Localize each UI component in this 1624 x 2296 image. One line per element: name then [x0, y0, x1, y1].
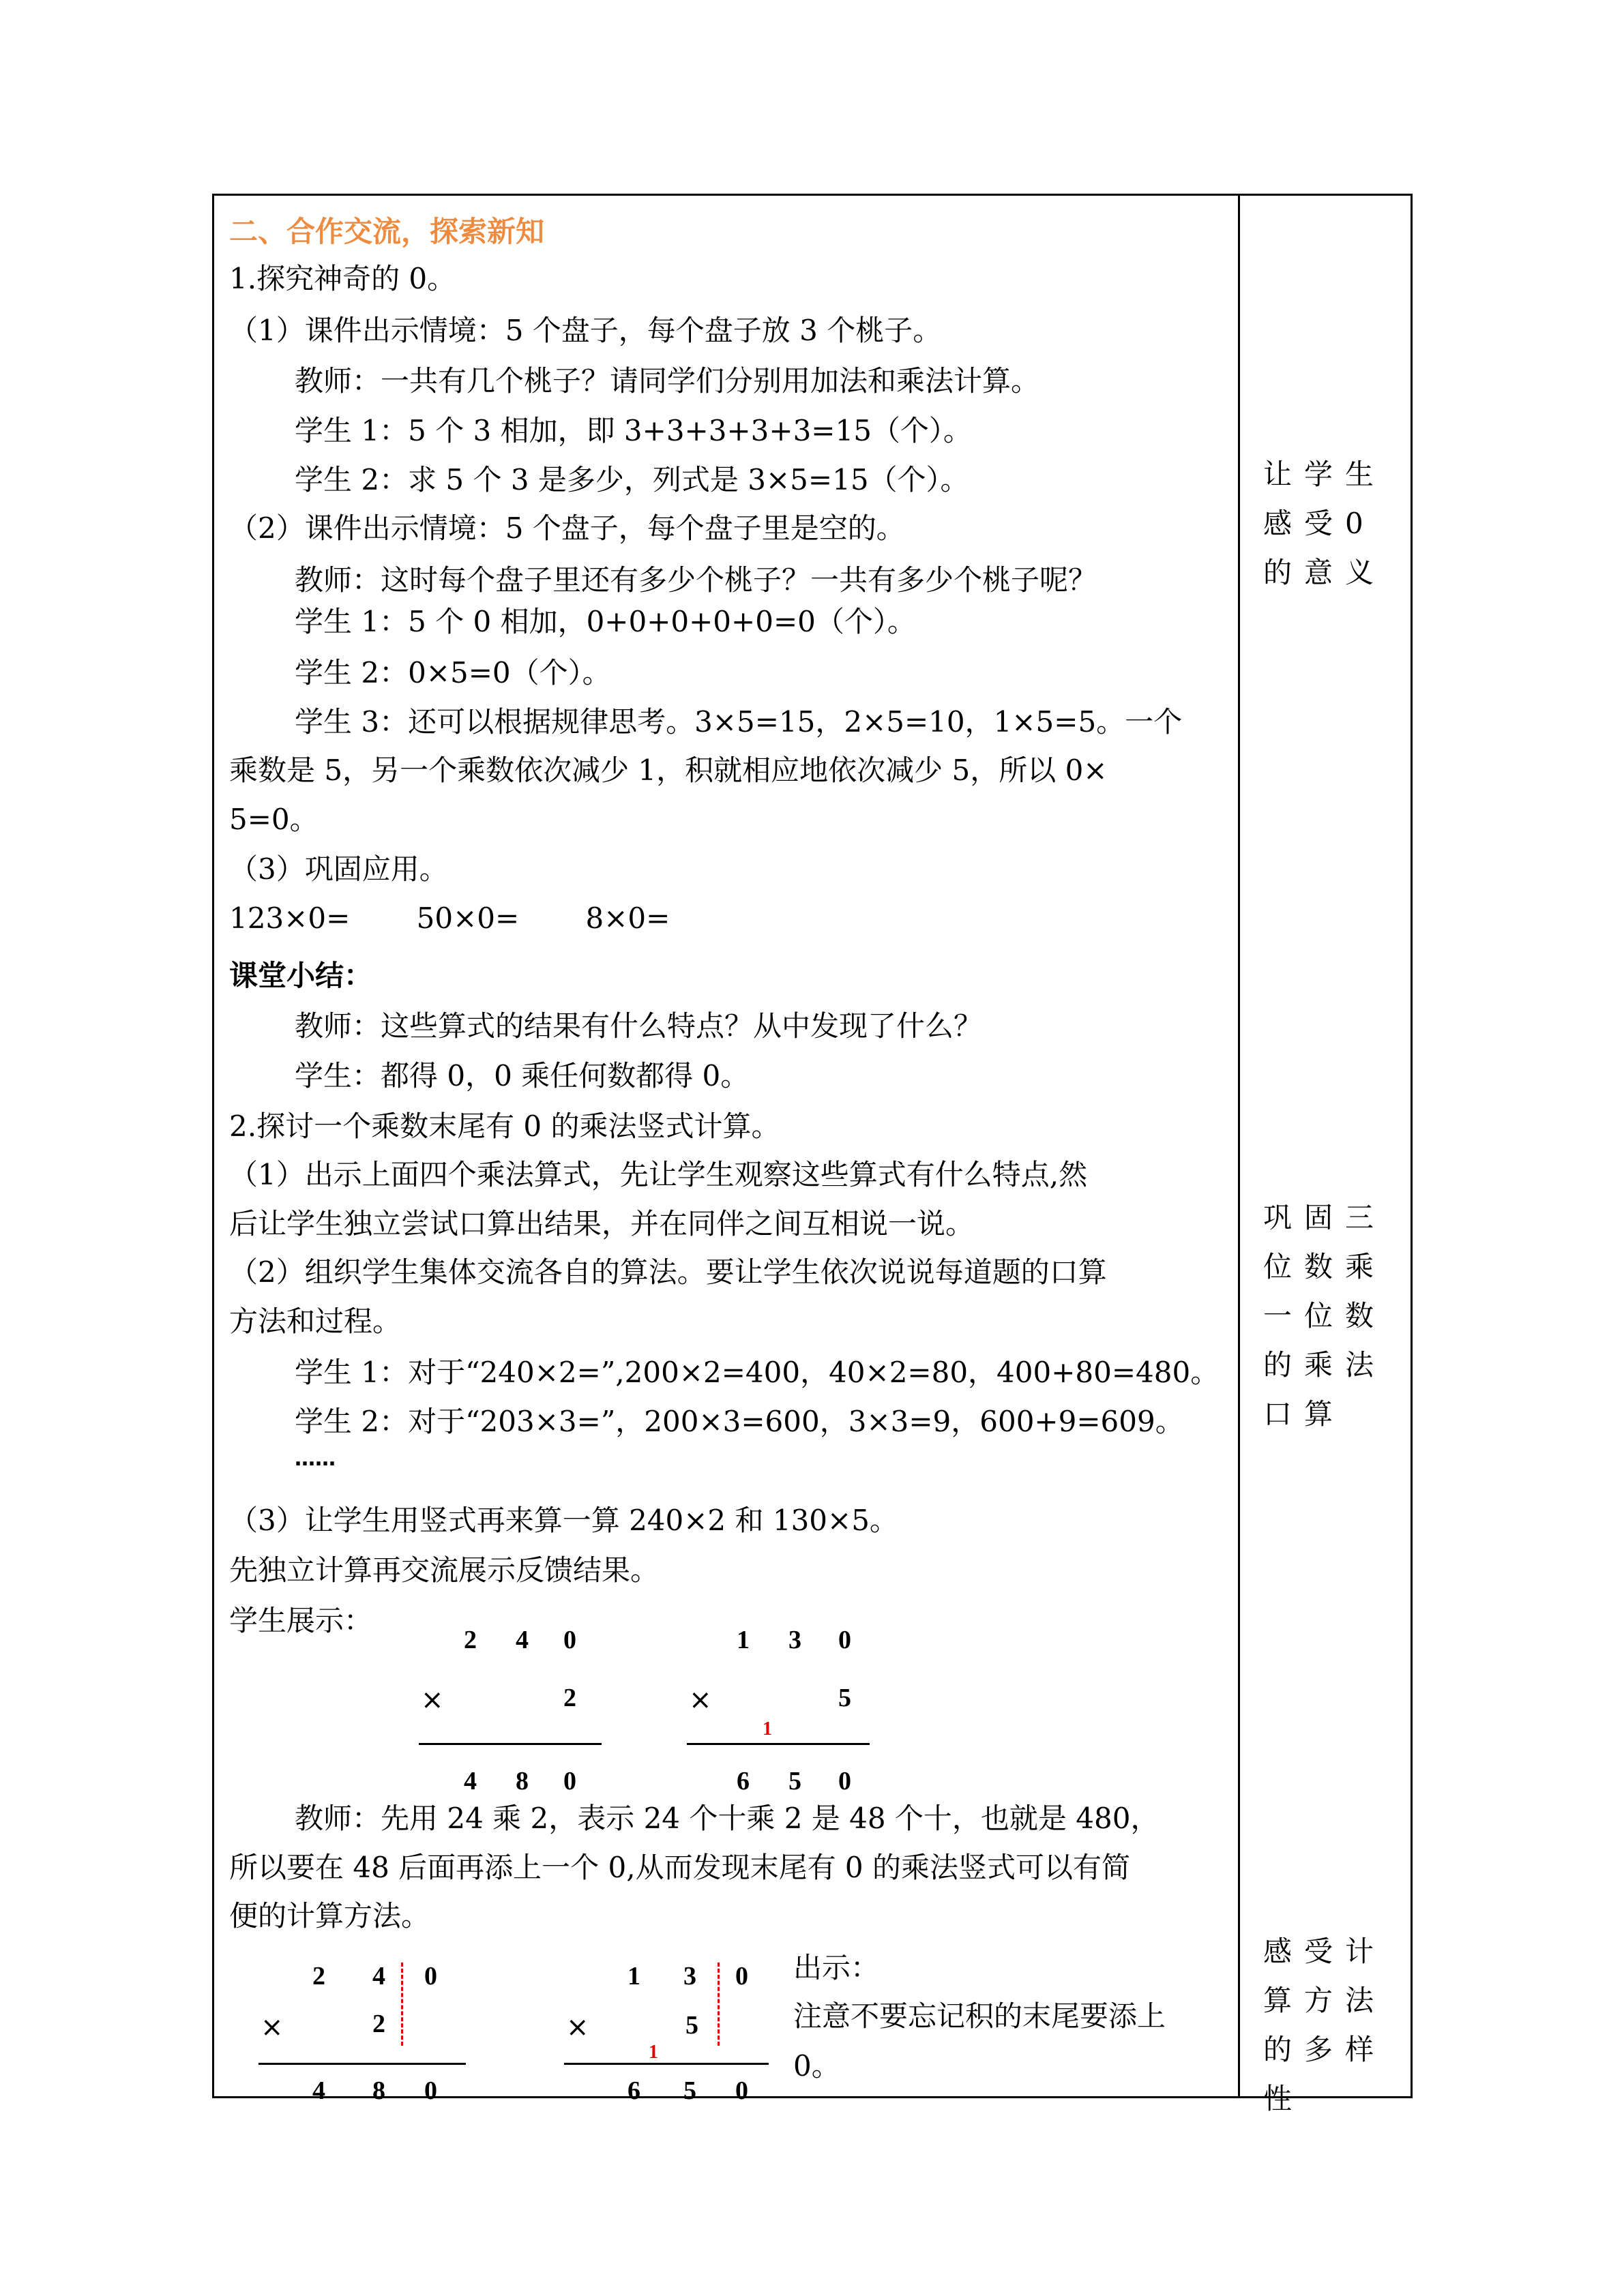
digit: 2 — [563, 1684, 576, 1712]
digit: 1 — [737, 1626, 750, 1654]
digit: 4 — [516, 1626, 529, 1654]
text-line: 先独立计算再交流展示反馈结果。 — [229, 1554, 659, 1587]
text-line: 教师：这时每个盘子里还有多少个桃子？一共有多少个桃子呢？ — [295, 564, 1097, 597]
text-line: 乘数是 5，另一个乘数依次减少 1，积就相应地依次减少 5，所以 0× — [229, 754, 1107, 787]
text-line: 学生 1：对于“240×2=”,200×2=400，40×2=80，400+80… — [295, 1356, 1219, 1389]
digit: 4 — [372, 1963, 385, 1990]
text-line: （1）出示上面四个乘法算式，先让学生观察这些算式有什么特点,然 — [229, 1159, 1087, 1191]
dashed-separator — [718, 1963, 720, 2046]
side-note: 感受计算方法的多样性 — [1263, 1927, 1400, 2123]
text-line: 学生 2：对于“203×3=”，200×3=600，3×3=9，600+9=60… — [295, 1405, 1184, 1438]
digit: 8 — [516, 1768, 529, 1795]
text-line: （2）课件出示情境：5 个盘子，每个盘子里是空的。 — [229, 512, 905, 545]
text-line: 2.探讨一个乘数末尾有 0 的乘法竖式计算。 — [229, 1110, 780, 1143]
text-line: （1）课件出示情境：5 个盘子，每个盘子放 3 个桃子。 — [229, 314, 941, 347]
text-line: 学生 1：5 个 3 相加，即 3+3+3+3+3=15（个）。 — [295, 415, 972, 447]
digit: 6 — [628, 2077, 640, 2104]
digit: 5 — [685, 2012, 698, 2039]
digit: 3 — [683, 1963, 696, 1990]
text-line: 学生 2：求 5 个 3 是多少，列式是 3×5=15（个）。 — [295, 464, 969, 496]
digit: 6 — [737, 1768, 750, 1795]
digit: 0 — [563, 1626, 576, 1654]
text-line: 123×0= 50×0= 8×0= — [229, 902, 670, 935]
carry-digit: 1 — [649, 2039, 658, 2066]
carry-digit: 1 — [763, 1716, 772, 1743]
text-line: 注意不要忘记积的末尾要添上 — [793, 2000, 1166, 2033]
text-line: 教师：先用 24 乘 2，表示 24 个十乘 2 是 48 个十，也就是 480… — [295, 1802, 1159, 1835]
text-line: （2）组织学生集体交流各自的算法。要让学生依次说说每道题的口算 — [229, 1256, 1107, 1289]
calc-line — [687, 1743, 870, 1745]
digit: 5 — [838, 1684, 851, 1712]
digit: 0 — [563, 1768, 576, 1795]
text-line: 教师：这些算式的结果有什么特点？从中发现了什么？ — [295, 1010, 982, 1043]
text-line: 0。 — [793, 2050, 840, 2083]
text-line: 5=0。 — [229, 803, 319, 836]
summary-heading: 课堂小结： — [229, 959, 372, 992]
text-line: 便的计算方法。 — [229, 1900, 430, 1933]
multiply-sign: × — [261, 2014, 284, 2041]
digit: 0 — [838, 1768, 851, 1795]
calc-line — [259, 2063, 466, 2065]
digit: 5 — [788, 1768, 801, 1795]
text-line: 教师：一共有几个桃子？请同学们分别用加法和乘法计算。 — [295, 365, 1039, 398]
text-line: 学生 3：还可以根据规律思考。3×5=15，2×5=10，1×5=5。一个 — [295, 706, 1182, 739]
digit: 0 — [838, 1626, 851, 1654]
digit: 5 — [683, 2077, 696, 2104]
digit: 8 — [372, 2077, 385, 2104]
digit: 1 — [628, 1963, 640, 1990]
digit: 0 — [735, 1963, 748, 1990]
side-note: 巩固三位数乘一位数的乘法口算 — [1263, 1193, 1400, 1439]
text-line: （3）让学生用竖式再来算一算 240×2 和 130×5。 — [229, 1504, 898, 1537]
text-line: 方法和过程。 — [229, 1305, 401, 1338]
digit: 0 — [424, 1963, 437, 1990]
text-line: 学生：都得 0，0 乘任何数都得 0。 — [295, 1060, 749, 1092]
text-line: 学生展示： — [229, 1605, 372, 1637]
multiply-sign: × — [566, 2014, 589, 2041]
text-line: 后让学生独立尝试口算出结果，并在同伴之间互相说一说。 — [229, 1208, 974, 1240]
digit: 4 — [464, 1768, 477, 1795]
dashed-separator — [401, 1963, 403, 2046]
multiply-sign: × — [421, 1686, 444, 1714]
text-line: 学生 1：5 个 0 相加，0+0+0+0+0=0（个）。 — [295, 606, 916, 638]
digit: 3 — [788, 1626, 801, 1654]
text-line: 所以要在 48 后面再添上一个 0,从而发现末尾有 0 的乘法竖式可以有简 — [229, 1851, 1130, 1884]
multiply-sign: × — [689, 1686, 712, 1714]
column-divider — [1238, 194, 1240, 2098]
text-line: （3）巩固应用。 — [229, 853, 448, 886]
text-line: 出示： — [793, 1952, 879, 1984]
digit: 0 — [424, 2077, 437, 2104]
digit: 2 — [464, 1626, 477, 1654]
ellipsis: …… — [295, 1443, 336, 1476]
digit: 2 — [372, 2010, 385, 2038]
section-title: 二、合作交流，探索新知 — [229, 215, 544, 248]
digit: 2 — [312, 1963, 325, 1990]
digit: 0 — [735, 2077, 748, 2104]
text-line: 学生 2：0×5=0（个）。 — [295, 657, 611, 689]
text-line: 1.探究神奇的 0。 — [229, 263, 456, 295]
calc-line — [564, 2063, 769, 2065]
calc-line — [419, 1743, 602, 1745]
digit: 4 — [312, 2077, 325, 2104]
side-note: 让学生感受0的意义 — [1263, 450, 1400, 597]
